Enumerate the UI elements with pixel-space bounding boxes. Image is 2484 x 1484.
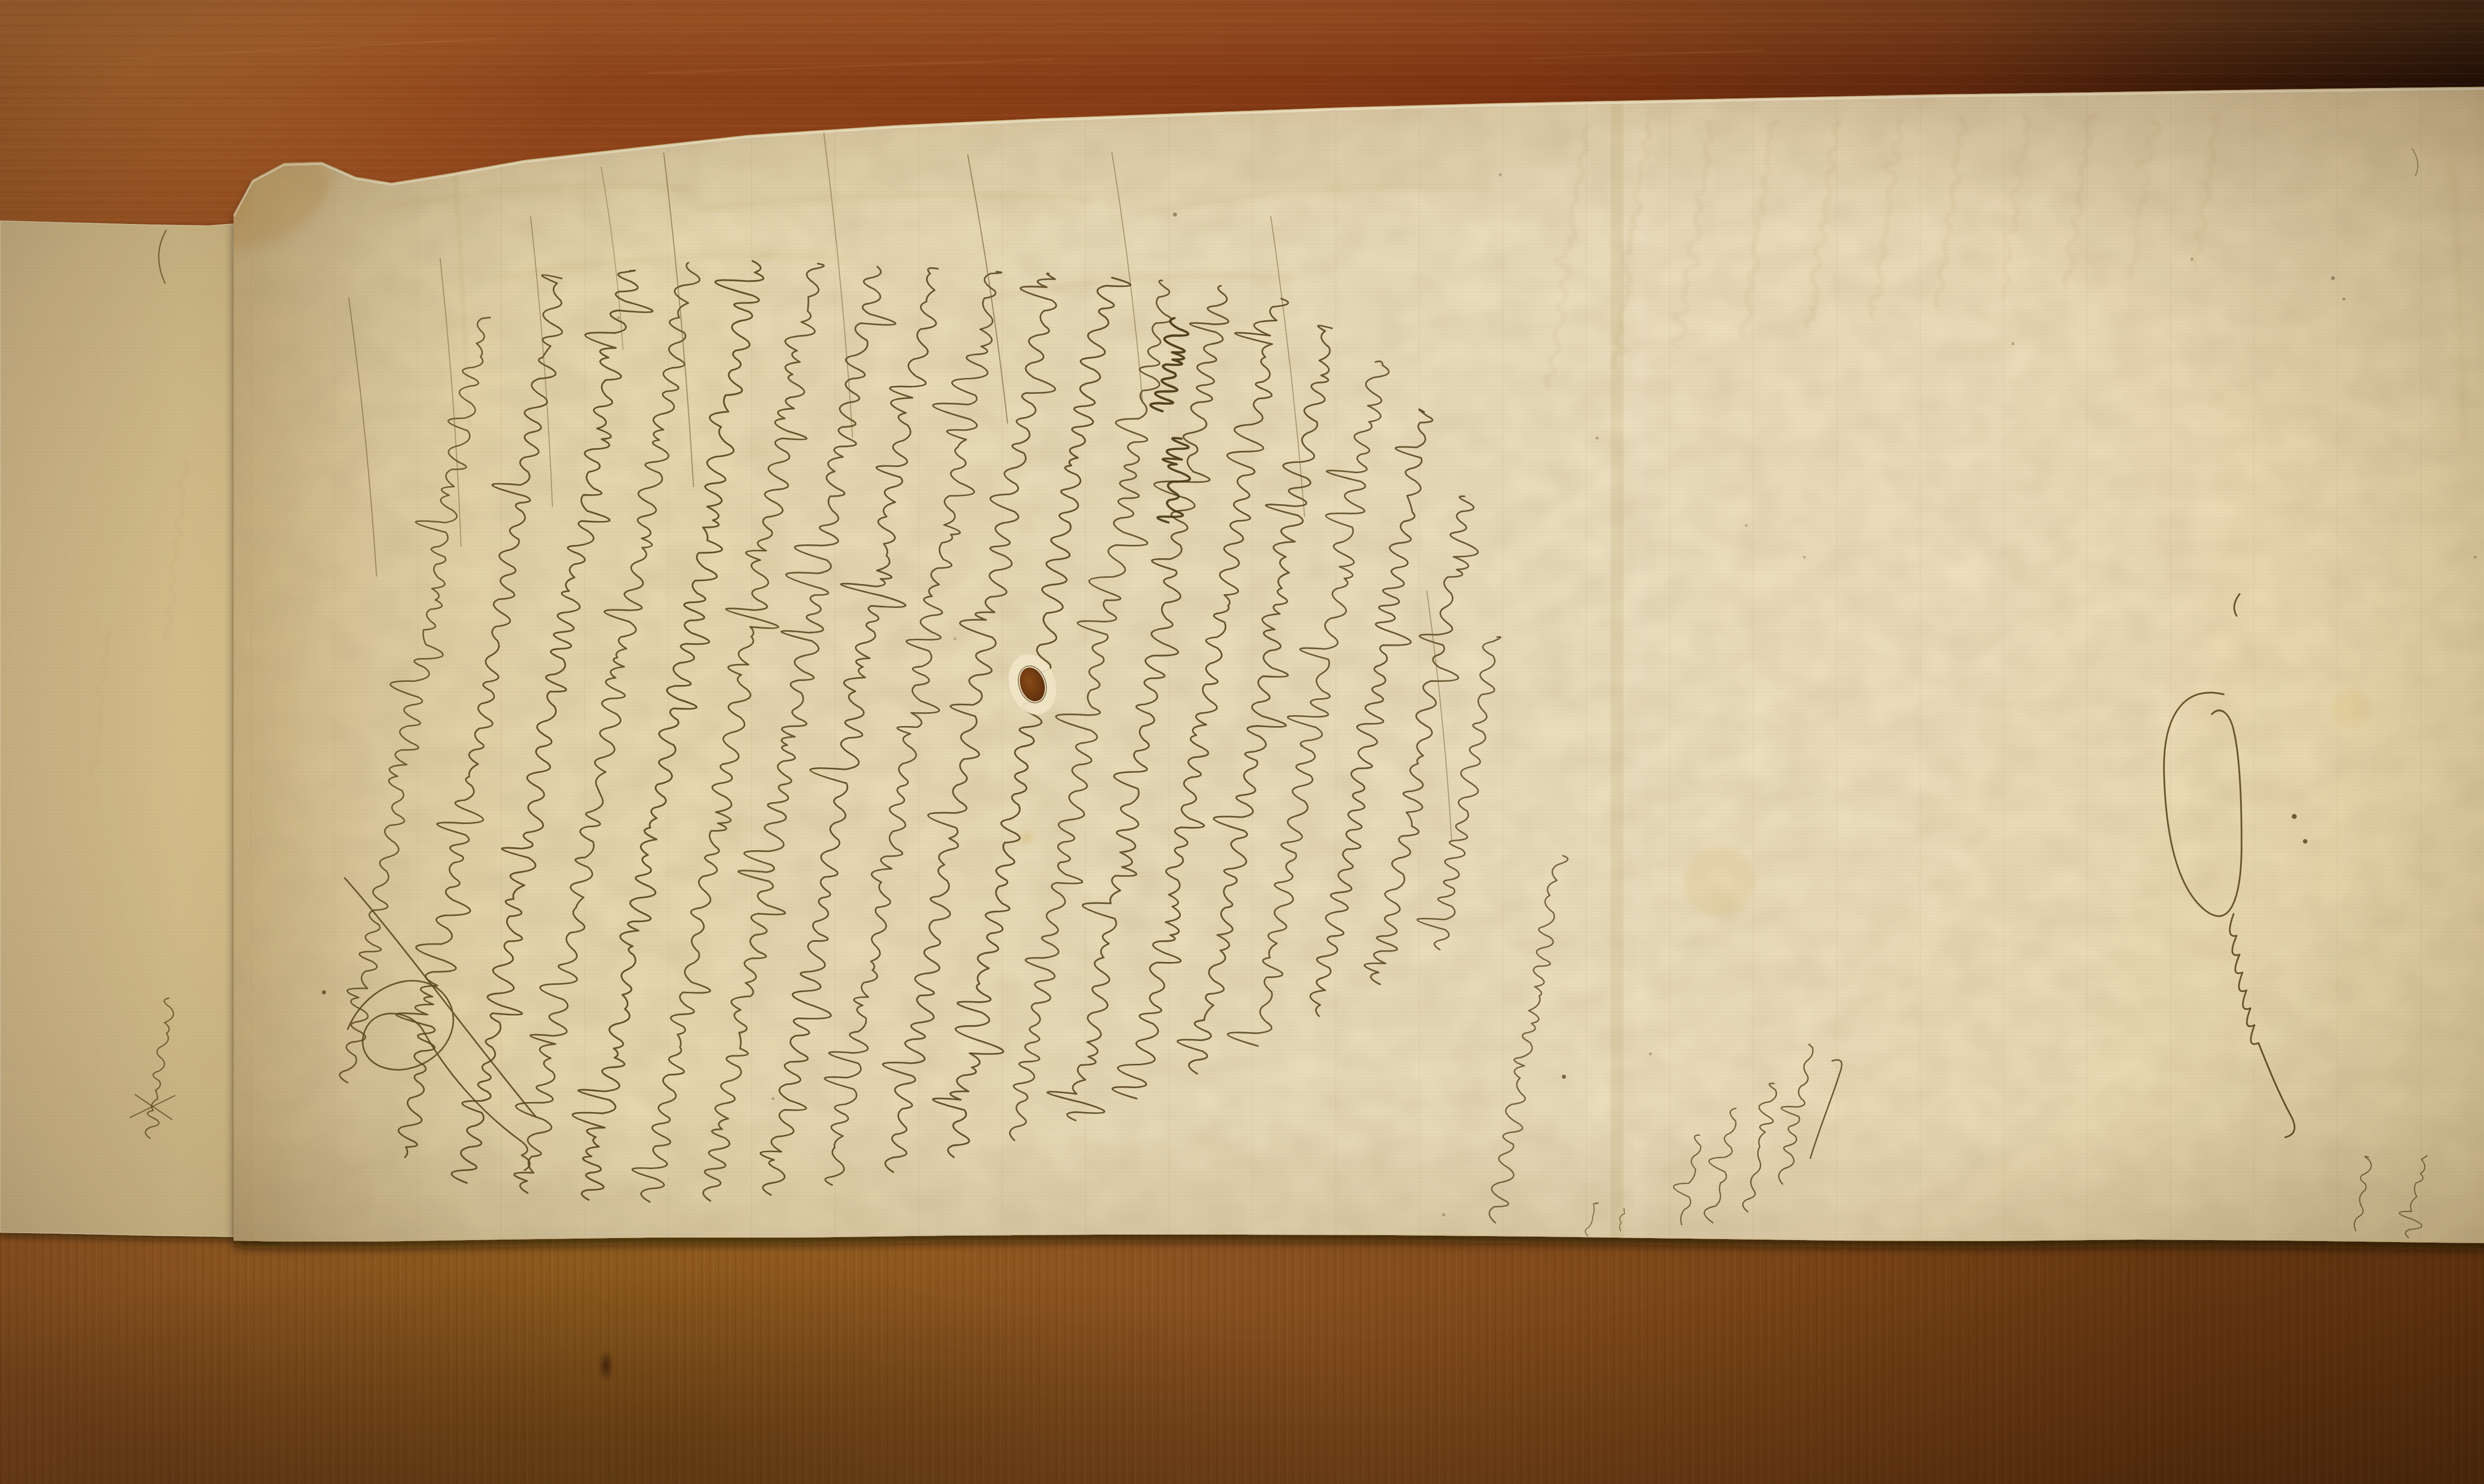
ink-dot	[322, 990, 326, 994]
paper-speck	[953, 637, 956, 640]
paper-speck	[1745, 524, 1748, 527]
paper-speck	[1649, 1052, 1652, 1055]
manuscript-photo	[0, 0, 2484, 1484]
paper-stain	[1020, 832, 1032, 844]
paper-speck	[2012, 342, 2015, 345]
manuscript-page	[0, 0, 2484, 1484]
ink-dot	[2292, 814, 2297, 819]
paper-speck	[1803, 556, 1806, 559]
paper-stain	[2331, 689, 2371, 729]
paper-speck	[1596, 437, 1599, 440]
fold-shadow	[1614, 89, 1621, 1242]
paper-speck	[772, 1097, 775, 1100]
photo-canvas: Photograph of an early-modern handwritte…	[0, 0, 2484, 1484]
ink-dot	[1562, 1075, 1566, 1079]
paper-speck	[2474, 556, 2477, 559]
paper-speck	[617, 316, 620, 319]
page-surface	[0, 0, 2484, 1484]
paper-speck	[2331, 276, 2335, 280]
paper-speck	[1173, 213, 1177, 217]
fold-highlight	[1636, 89, 1643, 1242]
paper-speck	[1442, 1213, 1445, 1216]
paper-speck	[2342, 297, 2345, 300]
paper-speck	[1499, 173, 1502, 176]
ink-dot	[2303, 839, 2308, 844]
paper-stain	[1684, 847, 1754, 916]
